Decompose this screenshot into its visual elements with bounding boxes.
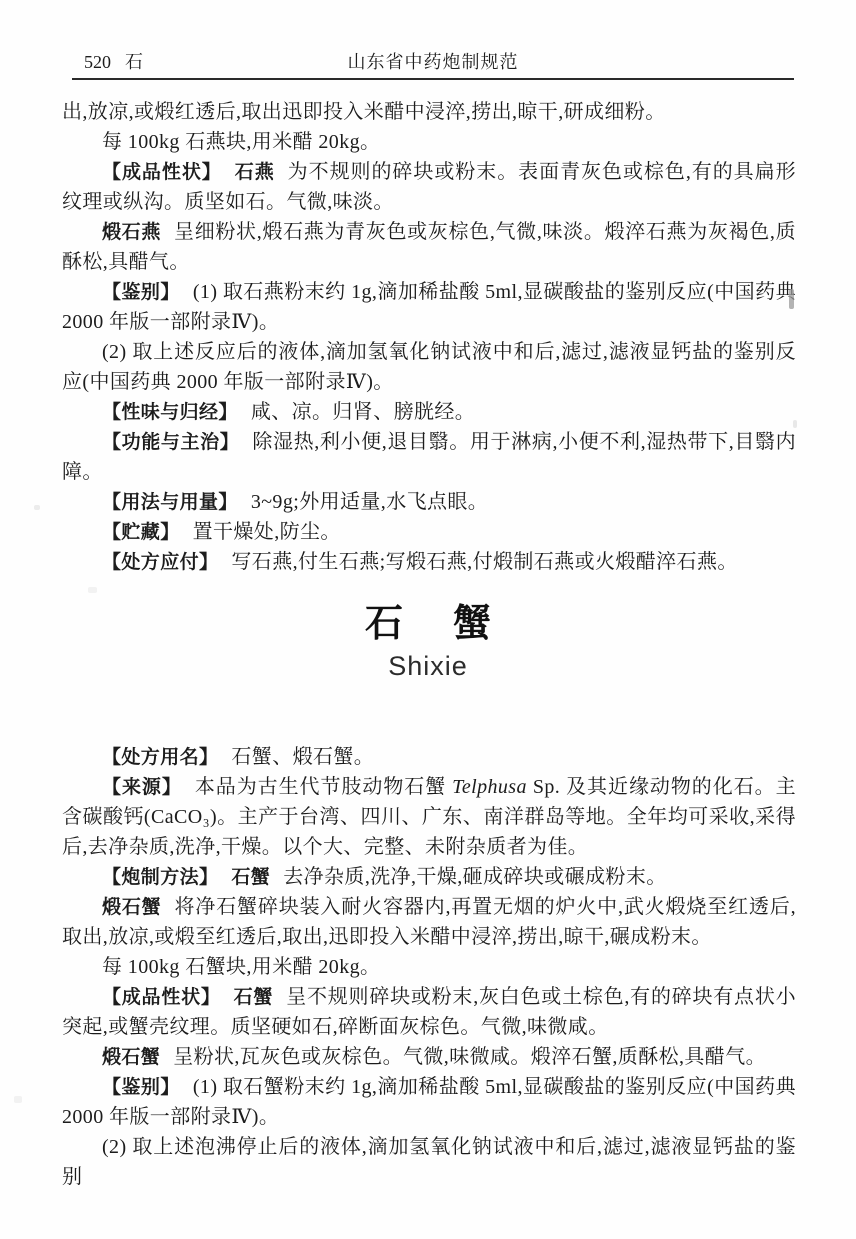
body-paragraph: 【用法与用量】3~9g;外用适量,水飞点眼。 <box>62 487 796 517</box>
drug-title-pinyin: Shixie <box>0 651 856 681</box>
paragraph-text: 呈粉状,瓦灰色或灰棕色。气微,味微咸。煅淬石蟹,质酥松,具醋气。 <box>173 1046 766 1068</box>
paragraph-text: 咸、凉。归肾、膀胱经。 <box>251 401 475 423</box>
drug-name: 石蟹 <box>231 866 270 888</box>
body-paragraph: 【炮制方法】石蟹去净杂质,洗净,干燥,砸成碎块或碾成粉末。 <box>62 862 796 892</box>
entry-title-block: 石蟹 Shixie <box>0 602 856 681</box>
body-paragraph: 每 100kg 石燕块,用米醋 20kg。 <box>62 127 796 157</box>
body-paragraph: 每 100kg 石蟹块,用米醋 20kg。 <box>62 952 796 982</box>
body-paragraph: 【处方应付】写石燕,付生石燕;写煅石燕,付煅制石燕或火煅醋淬石燕。 <box>62 547 796 577</box>
body-paragraph: 煅石蟹将净石蟹碎块装入耐火容器内,再置无烟的炉火中,武火煅烧至红透后,取出,放凉… <box>62 892 796 952</box>
drug-name: 煅石蟹 <box>102 1046 160 1068</box>
section-label: 【用法与用量】 <box>102 491 238 513</box>
section-label: 【炮制方法】 <box>102 866 218 888</box>
scan-speck <box>88 587 97 593</box>
drug-title: 石蟹 <box>0 602 856 644</box>
drug-name: 石蟹 <box>234 986 274 1008</box>
body-paragraph: 【鉴别】(1) 取石燕粉末约 1g,滴加稀盐酸 5ml,显碳酸盐的鉴别反应(中国… <box>62 277 796 337</box>
body-paragraph: 煅石燕呈细粉状,煅石燕为青灰色或灰棕色,气微,味淡。煅淬石燕为灰褐色,质酥松,具… <box>62 217 796 277</box>
body-paragraph: 出,放凉,或煅红透后,取出迅即投入米醋中浸淬,捞出,晾干,研成细粉。 <box>62 97 796 127</box>
section-label: 【性味与归经】 <box>102 401 238 423</box>
paragraph-text: 出,放凉,或煅红透后,取出迅即投入米醋中浸淬,捞出,晾干,研成细粉。 <box>62 101 666 123</box>
paragraph-text: 写石燕,付生石燕;写煅石燕,付煅制石燕或火煅醋淬石燕。 <box>231 551 737 573</box>
paragraph-text: 将净石蟹碎块装入耐火容器内,再置无烟的炉火中,武火煅烧至红透后,取出,放凉,或煅… <box>62 896 796 948</box>
section-label: 【成品性状】 <box>102 986 221 1008</box>
section-label: 【功能与主治】 <box>102 431 239 453</box>
paragraph-text: 每 100kg 石蟹块,用米醋 20kg。 <box>102 956 380 978</box>
scan-speck <box>14 1096 22 1103</box>
body-paragraph: (2) 取上述反应后的液体,滴加氢氧化钠试液中和后,滤过,滤液显钙盐的鉴别反应(… <box>62 337 796 397</box>
latin-species-name: Telphusa <box>452 776 527 798</box>
paragraph-text: 置干燥处,防尘。 <box>193 521 341 543</box>
scan-speck <box>34 505 40 510</box>
paragraph-text: (2) 取上述反应后的液体,滴加氢氧化钠试液中和后,滤过,滤液显钙盐的鉴别反应(… <box>62 341 796 393</box>
body-paragraph: 【来源】本品为古生代节肢动物石蟹 Telphusa Sp. 及其近缘动物的化石。… <box>62 772 796 862</box>
section-label: 【鉴别】 <box>102 1076 180 1098</box>
body-paragraph: 煅石蟹呈粉状,瓦灰色或灰棕色。气微,味微咸。煅淬石蟹,质酥松,具醋气。 <box>62 1042 796 1072</box>
paragraph-text: 3~9g;外用适量,水飞点眼。 <box>251 491 488 513</box>
body-paragraph: (2) 取上述泡沸停止后的液体,滴加氢氧化钠试液中和后,滤过,滤液显钙盐的鉴别 <box>62 1132 796 1192</box>
section-shixie: 【处方用名】石蟹、煅石蟹。 【来源】本品为古生代节肢动物石蟹 Telphusa … <box>62 742 796 1192</box>
body-paragraph: 【成品性状】石燕为不规则的碎块或粉末。表面青灰色或棕色,有的具扁形纹理或纵沟。质… <box>62 157 796 217</box>
document-page: 520石 山东省中药炮制规范 出,放凉,或煅红透后,取出迅即投入米醋中浸淬,捞出… <box>0 0 856 1239</box>
paragraph-text: 石蟹、煅石蟹。 <box>231 746 374 768</box>
body-paragraph: 【鉴别】(1) 取石蟹粉末约 1g,滴加稀盐酸 5ml,显碳酸盐的鉴别反应(中国… <box>62 1072 796 1132</box>
drug-title-char2: 蟹 <box>453 601 491 645</box>
section-shiyan: 出,放凉,或煅红透后,取出迅即投入米醋中浸淬,捞出,晾干,研成细粉。 每 100… <box>62 97 796 577</box>
section-label: 【来源】 <box>102 776 182 798</box>
section-label: 【处方用名】 <box>102 746 218 768</box>
body-paragraph: 【成品性状】石蟹呈不规则碎块或粉末,灰白色或土棕色,有的碎块有点状小突起,或蟹壳… <box>62 982 796 1042</box>
paragraph-text: 呈细粉状,煅石燕为青灰色或灰棕色,气微,味淡。煅淬石燕为灰褐色,质酥松,具醋气。 <box>62 221 796 273</box>
body-paragraph: 【性味与归经】咸、凉。归肾、膀胱经。 <box>62 397 796 427</box>
book-title: 山东省中药炮制规范 <box>72 50 794 74</box>
drug-name: 石燕 <box>235 161 275 183</box>
page-header: 520石 山东省中药炮制规范 <box>72 50 794 80</box>
paragraph-text: 本品为古生代节肢动物石蟹 <box>195 776 452 798</box>
paragraph-text: 去净杂质,洗净,干燥,砸成碎块或碾成粉末。 <box>283 866 666 888</box>
drug-title-char1: 石 <box>365 601 403 645</box>
paragraph-text: 每 100kg 石燕块,用米醋 20kg。 <box>102 131 380 153</box>
section-label: 【成品性状】 <box>102 161 222 183</box>
body-paragraph: 【处方用名】石蟹、煅石蟹。 <box>62 742 796 772</box>
drug-name: 煅石蟹 <box>102 896 162 918</box>
section-label: 【鉴别】 <box>102 281 180 303</box>
drug-name: 煅石燕 <box>102 221 161 243</box>
body-paragraph: 【功能与主治】除湿热,利小便,退目翳。用于淋病,小便不利,湿热带下,目翳内障。 <box>62 427 796 487</box>
section-label: 【贮藏】 <box>102 521 180 543</box>
section-label: 【处方应付】 <box>102 551 218 573</box>
body-paragraph: 【贮藏】置干燥处,防尘。 <box>62 517 796 547</box>
paragraph-text: (2) 取上述泡沸停止后的液体,滴加氢氧化钠试液中和后,滤过,滤液显钙盐的鉴别 <box>62 1136 796 1188</box>
